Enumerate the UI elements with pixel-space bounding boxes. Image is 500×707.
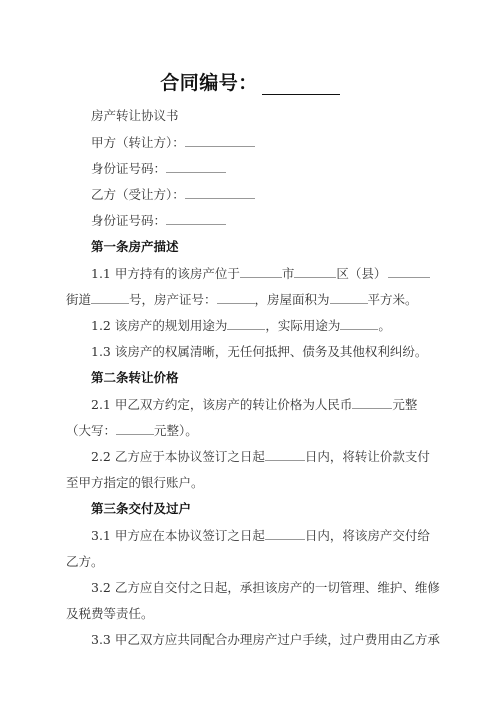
title-text: 合同编号： — [160, 72, 258, 94]
clause-1-1-cont: 街道号，房产证号：，房屋面积为平方米。 — [66, 290, 436, 308]
document-page: 合同编号： 房产转让协议书 甲方（转让方）： 身份证号码： 乙方（受让方）： 身… — [0, 0, 500, 707]
clause-text: 2.1 甲乙双方约定，该房产的转让价格为人民币 — [91, 397, 352, 412]
clause-text: 平方米。 — [368, 292, 418, 307]
city-blank[interactable] — [240, 265, 282, 278]
party-a-label: 甲方（转让方）： — [91, 135, 185, 150]
party-a-id-label: 身份证号码： — [91, 161, 166, 176]
clause-1-1: 1.1 甲方持有的该房产位于市区（县） — [91, 264, 461, 282]
clause-2-1-cont: （大写：元整）。 — [66, 421, 436, 439]
delivery-days-blank[interactable] — [265, 527, 305, 540]
clause-text: 元整 — [392, 397, 417, 412]
price-blank[interactable] — [352, 396, 392, 409]
party-a-blank[interactable] — [185, 134, 255, 147]
clause-text: 元整）。 — [154, 423, 198, 438]
party-b-field: 乙方（受让方）： — [91, 185, 461, 203]
clause-3-2-cont: 及税费等责任。 — [66, 604, 436, 622]
district-blank[interactable] — [294, 265, 336, 278]
clause-text: 1.1 甲方持有的该房产位于 — [91, 266, 240, 281]
party-a-field: 甲方（转让方）： — [91, 133, 461, 151]
clause-1-3: 1.3 该房产的权属清晰，无任何抵押、债务及其他权利纠纷。 — [91, 342, 461, 360]
party-b-id-blank[interactable] — [166, 212, 226, 225]
party-b-id-label: 身份证号码： — [91, 213, 166, 228]
clause-2-1: 2.1 甲乙双方约定，该房产的转让价格为人民币元整 — [91, 395, 461, 413]
payment-days-blank[interactable] — [265, 448, 305, 461]
section-1-heading: 第一条房产描述 — [91, 237, 461, 255]
contract-number-blank[interactable] — [262, 76, 340, 95]
clause-1-2: 1.2 该房产的规划用途为，实际用途为。 — [91, 316, 461, 334]
party-b-blank[interactable] — [185, 186, 255, 199]
clause-text: （大写： — [66, 423, 116, 438]
certificate-blank[interactable] — [217, 291, 255, 304]
clause-3-1-cont: 乙方。 — [66, 552, 436, 570]
party-b-id-field: 身份证号码： — [91, 211, 461, 229]
clause-text: 街道 — [66, 292, 91, 307]
clause-text: 。 — [378, 318, 391, 333]
clause-text: 日内，将该房产交付给 — [305, 528, 430, 543]
section-2-heading: 第二条转让价格 — [91, 368, 461, 386]
price-words-blank[interactable] — [116, 422, 154, 435]
clause-text: ，实际用途为 — [265, 318, 340, 333]
area-blank[interactable] — [330, 291, 368, 304]
clause-text: 号，房产证号： — [129, 292, 217, 307]
clause-2-2: 2.2 乙方应于本协议签订之日起日内，将转让价款支付 — [91, 447, 461, 465]
clause-text: 3.1 甲方应在本协议签订之日起 — [91, 528, 265, 543]
clause-text: 市 — [282, 266, 295, 281]
clause-text: 区（县） — [336, 266, 386, 281]
clause-2-2-cont: 至甲方指定的银行账户。 — [66, 473, 436, 491]
party-a-id-blank[interactable] — [166, 160, 226, 173]
contract-number-title: 合同编号： — [0, 68, 500, 95]
clause-3-3: 3.3 甲乙双方应共同配合办理房产过户手续，过户费用由乙方承 — [91, 630, 461, 648]
planned-use-blank[interactable] — [227, 317, 265, 330]
actual-use-blank[interactable] — [340, 317, 378, 330]
number-blank[interactable] — [91, 291, 129, 304]
party-b-label: 乙方（受让方）： — [91, 187, 185, 202]
document-subtitle: 房产转让协议书 — [91, 106, 461, 124]
clause-3-2: 3.2 乙方应自交付之日起，承担该房产的一切管理、维护、维修 — [91, 578, 461, 596]
party-a-id-field: 身份证号码： — [91, 159, 461, 177]
street-blank[interactable] — [388, 265, 430, 278]
clause-text: 日内，将转让价款支付 — [305, 449, 430, 464]
clause-text: 2.2 乙方应于本协议签订之日起 — [91, 449, 265, 464]
clause-3-1: 3.1 甲方应在本协议签订之日起日内，将该房产交付给 — [91, 526, 461, 544]
section-3-heading: 第三条交付及过户 — [91, 499, 461, 517]
clause-text: 1.2 该房产的规划用途为 — [91, 318, 227, 333]
clause-text: ，房屋面积为 — [255, 292, 330, 307]
